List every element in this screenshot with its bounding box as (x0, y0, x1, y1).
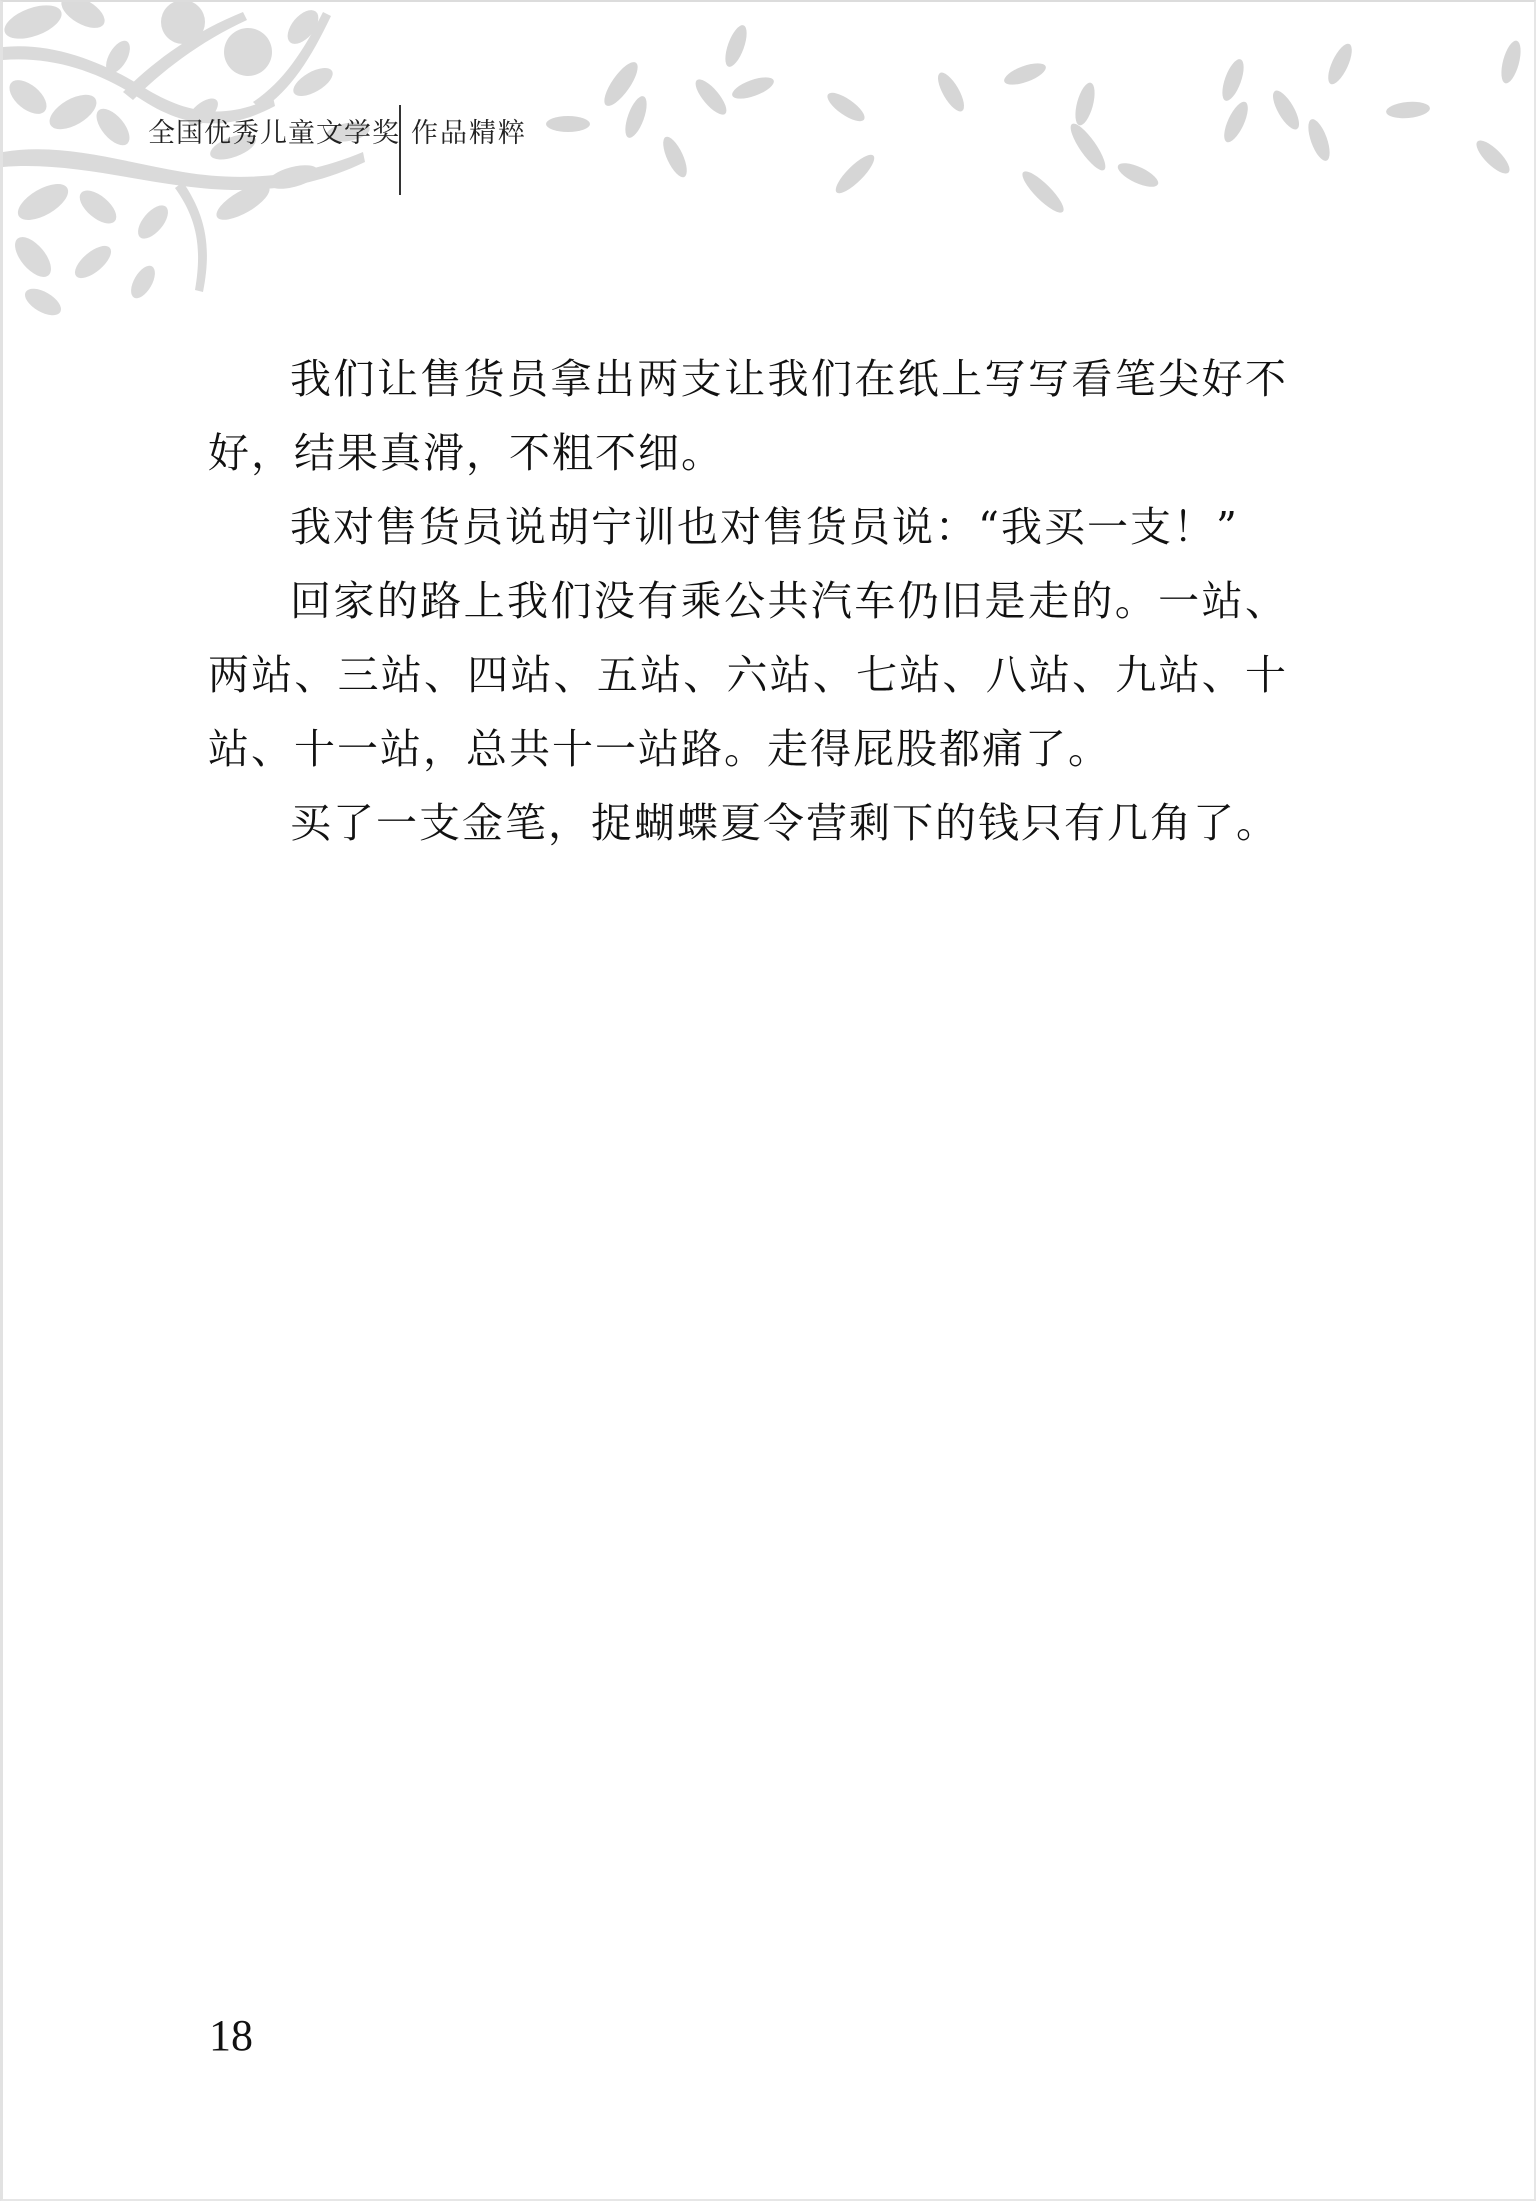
paragraph: 我们让售货员拿出两支让我们在纸上写写看笔尖好不好，结果真滑，不粗不细。 (208, 342, 1288, 490)
book-page: 全国优秀儿童文学奖 作品精粹 我们让售货员拿出两支让我们在纸上写写看笔尖好不好，… (0, 0, 1536, 2201)
collection-title: 作品精粹 (411, 111, 527, 150)
page-number: 18 (209, 2010, 253, 2061)
series-name: 全国优秀儿童文学奖 (148, 111, 400, 150)
running-head: 全国优秀儿童文学奖 作品精粹 (3, 105, 1536, 197)
paragraph: 我对售货员说胡宁训也对售货员说：“我买一支！” (208, 490, 1288, 564)
paragraph: 回家的路上我们没有乘公共汽车仍旧是走的。一站、两站、三站、四站、五站、六站、七站… (208, 564, 1288, 786)
body-text: 我们让售货员拿出两支让我们在纸上写写看笔尖好不好，结果真滑，不粗不细。 我对售货… (208, 342, 1288, 860)
paragraph: 买了一支金笔，捉蝴蝶夏令营剩下的钱只有几角了。 (208, 786, 1288, 860)
header-divider (399, 105, 401, 195)
